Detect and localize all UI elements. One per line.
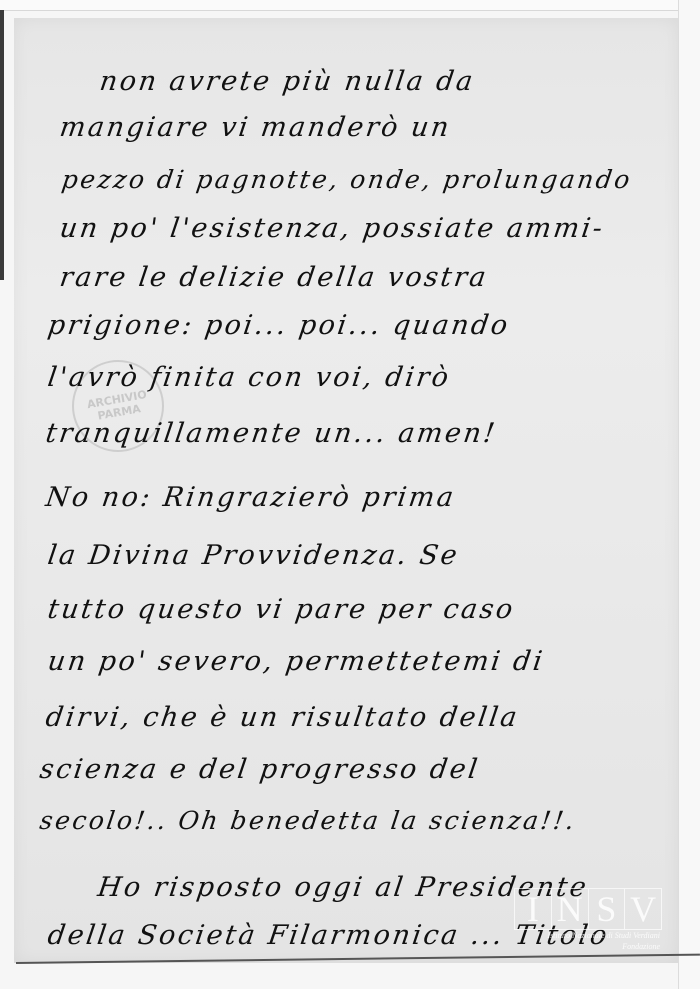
watermark-foundation: Fondazione <box>514 941 662 952</box>
watermark-letter: V <box>624 889 662 929</box>
watermark-letter: I <box>514 889 551 929</box>
letter-line: No no: Ringrazierò prima <box>44 482 458 513</box>
letter-line: la Divina Provvidenza. Se <box>46 540 461 571</box>
insv-watermark: I N S V Istituto Nazionale di Studi Verd… <box>514 888 662 952</box>
letter-line: tutto questo vi pare per caso <box>46 594 517 625</box>
letter-line: rare le delizie della vostra <box>58 262 490 293</box>
letter-line: scienza e del progresso del <box>38 754 482 785</box>
letter-line: dirvi, che è un risultato della <box>44 702 521 733</box>
scan-left-shadow <box>0 10 4 280</box>
watermark-letter: N <box>551 889 588 929</box>
letter-line: prigione: poi... poi... quando <box>46 310 512 341</box>
letter-line: tranquillamente un... amen! <box>44 418 499 449</box>
letter-line: non avrete più nulla da <box>98 66 477 97</box>
insv-logo: I N S V <box>514 888 662 930</box>
letter-line: pezzo di pagnotte, onde, prolungando <box>60 165 634 194</box>
watermark-institution: Istituto Nazionale di Studi Verdiani <box>514 930 662 941</box>
scan-right-margin <box>678 0 700 989</box>
letter-line: mangiare vi manderò un <box>58 112 453 143</box>
letter-line: l'avrò finita con voi, dirò <box>46 362 453 393</box>
watermark-letter: S <box>588 889 625 929</box>
scan-top-border <box>0 0 700 11</box>
letter-line: secolo!.. Oh benedetta la scienza!!. <box>38 806 578 835</box>
letter-line: un po' severo, permettetemi di <box>46 646 547 677</box>
letter-line: un po' l'esistenza, possiate ammi- <box>58 213 607 244</box>
